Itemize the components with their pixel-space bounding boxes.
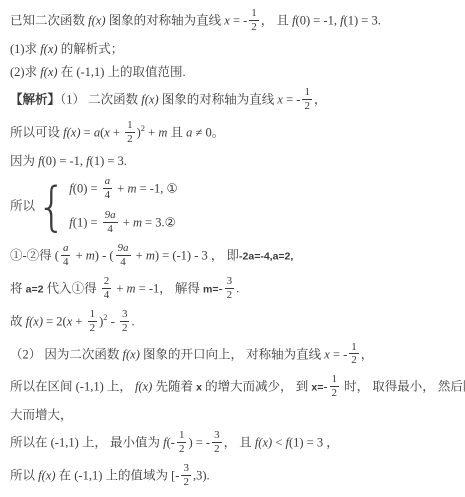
text-run: ) - ( bbox=[95, 248, 114, 262]
text-run: f(x) bbox=[40, 65, 57, 79]
solution-line-14: 所以 f(x) 在 (-1,1) 上的值域为 [-32,3). bbox=[10, 463, 459, 490]
fraction-denominator: 4 bbox=[61, 256, 71, 269]
fraction-denominator: 4 bbox=[102, 289, 112, 302]
text-run: f(x) bbox=[141, 92, 158, 106]
text-run: (1) = bbox=[73, 215, 101, 229]
text-run: （1） 二次函数 bbox=[60, 92, 141, 106]
text-run: f(x) bbox=[255, 436, 272, 450]
text-run: = - bbox=[283, 92, 300, 106]
fraction: 12 bbox=[349, 341, 359, 368]
text-run: 图象的开口向上， 对称轴为直线 bbox=[140, 347, 324, 361]
text-run: 已知二次函数 bbox=[10, 13, 88, 27]
fraction-numerator: 9a bbox=[116, 242, 131, 256]
fraction-numerator: 3 bbox=[225, 275, 235, 289]
text-run: = 2( bbox=[43, 314, 67, 328]
solution-line-10: （2） 因为二次函数 f(x) 图象的开口向上， 对称轴为直线 x = -12， bbox=[10, 342, 459, 369]
text-run: a=2 bbox=[26, 283, 44, 295]
fraction: a4 bbox=[103, 175, 113, 202]
fraction-numerator: 1 bbox=[249, 7, 259, 21]
text-run: 所以在 (-1,1) 上， 最小值为 bbox=[10, 436, 163, 450]
fraction-numerator: 3 bbox=[120, 308, 130, 322]
text-run: (1) = 3. bbox=[344, 13, 381, 27]
text-run: x= bbox=[311, 382, 323, 394]
solution-line-3: 【解析】（1） 二次函数 f(x) 图象的对称轴为直线 x = -12， bbox=[10, 87, 459, 114]
text-run: ， 且 bbox=[261, 13, 292, 27]
text-run: + bbox=[114, 181, 127, 195]
text-run: + bbox=[72, 248, 85, 262]
fraction-numerator: 9a bbox=[103, 209, 118, 223]
text-run: 图象的对称轴为直线 bbox=[159, 92, 278, 106]
fraction-numerator: 1 bbox=[349, 341, 359, 355]
text-run: + bbox=[133, 248, 146, 262]
left-brace: { bbox=[37, 182, 66, 230]
fraction: 12 bbox=[125, 119, 135, 146]
fraction-denominator: 2 bbox=[330, 387, 340, 400]
text-run: ， bbox=[361, 347, 374, 361]
text-run: (2)求 bbox=[10, 65, 40, 79]
text-run: 的解析式； bbox=[58, 42, 124, 56]
text-run: ， bbox=[314, 92, 327, 106]
text-run: + bbox=[145, 125, 158, 139]
fraction: 12 bbox=[88, 308, 98, 335]
text-run: （2） 因为二次函数 bbox=[10, 347, 123, 361]
text-run: m= bbox=[203, 283, 218, 295]
text-run: (1) = 3. bbox=[90, 154, 127, 168]
fraction-numerator: 1 bbox=[177, 429, 187, 443]
text-run: 因为 bbox=[10, 154, 38, 168]
fraction-numerator: 2 bbox=[102, 275, 112, 289]
text-run: 所以可设 bbox=[10, 125, 63, 139]
text-run: 先随着 bbox=[152, 380, 196, 394]
fraction-denominator: 2 bbox=[249, 21, 259, 34]
fraction: 32 bbox=[181, 462, 191, 489]
text-run: 将 bbox=[10, 281, 26, 295]
fraction-numerator: 1 bbox=[330, 373, 340, 387]
solution-line-7: ①-②得 (a4 + m) - (9a4 + m) = (-1) - 3 ， 即… bbox=[10, 243, 459, 270]
math-solution-document: 已知二次函数 f(x) 图象的对称轴为直线 x = -12， 且 f(0) = … bbox=[0, 0, 465, 490]
text-run: 且 bbox=[167, 125, 186, 139]
text-run: (1)求 bbox=[10, 42, 40, 56]
fraction-denominator: 4 bbox=[116, 256, 131, 269]
fraction-numerator: 1 bbox=[88, 308, 98, 322]
fraction: 32 bbox=[212, 429, 222, 456]
text-run: f(x) bbox=[38, 469, 55, 483]
equation-row-1: f(1) = 9a4 + m = 3.② bbox=[69, 210, 177, 237]
text-run: ， 且 bbox=[224, 436, 255, 450]
text-run: (0) = bbox=[73, 181, 101, 195]
text-run: f(x) bbox=[123, 347, 140, 361]
fraction-denominator: 2 bbox=[181, 476, 191, 489]
fraction-numerator: 1 bbox=[302, 86, 312, 100]
fraction: 9a4 bbox=[116, 242, 131, 269]
equation-system: f(0) = a4 + m = -1, ①f(1) = 9a4 + m = 3.… bbox=[69, 176, 177, 237]
text-run: ①-②得 ( bbox=[10, 248, 59, 262]
text-run: = -1, ① bbox=[137, 181, 178, 195]
text-run: (- bbox=[167, 436, 175, 450]
solution-line-13: 所以在 (-1,1) 上， 最小值为 f(-12) = -32， 且 f(x) … bbox=[10, 430, 459, 457]
solution-line-9: 故 f(x) = 2(x + 12)2 - 32. bbox=[10, 309, 459, 336]
text-run: m bbox=[133, 215, 142, 229]
fraction: 24 bbox=[102, 275, 112, 302]
text-run: 在 (-1,1) 上的取值范围. bbox=[58, 65, 186, 79]
text-run: 时， 取得最小， 然后随 bbox=[341, 380, 465, 394]
fraction-denominator: 2 bbox=[177, 443, 187, 456]
solution-line-2: (2)求 f(x) 在 (-1,1) 上的取值范围. bbox=[10, 64, 459, 81]
text-run: ,3). bbox=[193, 469, 210, 483]
text-run: - bbox=[323, 380, 327, 394]
text-run: 大而增大， bbox=[10, 408, 73, 422]
fraction-numerator: 1 bbox=[125, 119, 135, 133]
text-run: (0) = -1, bbox=[296, 13, 341, 27]
text-run: ) = - bbox=[188, 436, 210, 450]
text-run: + bbox=[110, 125, 123, 139]
fraction-denominator: 2 bbox=[125, 133, 135, 146]
text-run: 的增大而减少， 到 bbox=[202, 380, 311, 394]
text-run: 所以在区间 (-1,1) 上， bbox=[10, 380, 135, 394]
solution-line-5: 因为 f(0) = -1, f(1) = 3. bbox=[10, 153, 459, 170]
text-run: 故 bbox=[10, 314, 26, 328]
text-run: < bbox=[272, 436, 285, 450]
text-run: = 3.② bbox=[142, 215, 176, 229]
fraction: a4 bbox=[61, 242, 71, 269]
text-run: m bbox=[127, 181, 136, 195]
text-run: f(x) bbox=[88, 13, 105, 27]
fraction-numerator: a bbox=[61, 242, 71, 256]
solution-line-1: (1)求 f(x) 的解析式； bbox=[10, 41, 459, 58]
text-run: - bbox=[108, 314, 118, 328]
solution-line-6: 所以{f(0) = a4 + m = -1, ①f(1) = 9a4 + m =… bbox=[10, 176, 459, 237]
fraction-numerator: a bbox=[103, 175, 113, 189]
text-run: 图象的对称轴为直线 bbox=[106, 13, 225, 27]
text-run: = - bbox=[330, 347, 347, 361]
text-run: + bbox=[113, 281, 126, 295]
fraction: 9a4 bbox=[103, 209, 118, 236]
text-run: 所以 bbox=[10, 198, 35, 215]
solution-line-0: 已知二次函数 f(x) 图象的对称轴为直线 x = -12， 且 f(0) = … bbox=[10, 8, 459, 35]
fraction-denominator: 2 bbox=[349, 354, 359, 367]
text-run: . bbox=[236, 281, 239, 295]
text-run: + bbox=[120, 215, 133, 229]
solution-line-8: 将 a=2 代入①得 24 + m = -1， 解得 m=-32. bbox=[10, 276, 459, 303]
text-run: = -1， 解得 bbox=[136, 281, 203, 295]
fraction: 12 bbox=[330, 373, 340, 400]
fraction-denominator: 4 bbox=[103, 223, 118, 236]
fraction-numerator: 3 bbox=[181, 462, 191, 476]
text-run: f(x) bbox=[40, 42, 57, 56]
text-run: 在 (-1,1) 上的值域为 [- bbox=[56, 469, 180, 483]
solution-line-11: 所以在区间 (-1,1) 上， f(x) 先随着 x 的增大而减少， 到 x=-… bbox=[10, 374, 459, 401]
text-run: - bbox=[219, 281, 223, 295]
fraction-denominator: 2 bbox=[88, 322, 98, 335]
text-run: + bbox=[72, 314, 85, 328]
fraction-denominator: 2 bbox=[302, 100, 312, 113]
fraction-numerator: 3 bbox=[212, 429, 222, 443]
text-run: 【解析】 bbox=[10, 92, 60, 106]
text-run: (0) = -1, bbox=[42, 154, 87, 168]
solution-line-12: 大而增大， bbox=[10, 407, 459, 424]
fraction-denominator: 2 bbox=[225, 289, 235, 302]
fraction-denominator: 2 bbox=[212, 443, 222, 456]
fraction: 32 bbox=[120, 308, 130, 335]
text-run: m bbox=[146, 248, 155, 262]
text-run: m bbox=[86, 248, 95, 262]
text-run: (1) = 3 ， bbox=[289, 436, 339, 450]
fraction: 12 bbox=[249, 7, 259, 34]
fraction: 12 bbox=[177, 429, 187, 456]
text-run: = bbox=[81, 125, 94, 139]
text-run: m bbox=[127, 281, 136, 295]
fraction-denominator: 4 bbox=[103, 189, 113, 202]
text-run: f(x) bbox=[63, 125, 80, 139]
text-run: -2a=-4,a=2, bbox=[239, 250, 293, 262]
fraction: 32 bbox=[225, 275, 235, 302]
text-run: f(x) bbox=[26, 314, 43, 328]
text-run: ≠ 0。 bbox=[192, 125, 224, 139]
text-run: 代入①得 bbox=[43, 281, 99, 295]
text-run: f(x) bbox=[135, 380, 152, 394]
fraction-denominator: 2 bbox=[120, 322, 130, 335]
fraction: 12 bbox=[302, 86, 312, 113]
text-run: ) = (-1) - 3 ， 即 bbox=[155, 248, 239, 262]
solution-line-4: 所以可设 f(x) = a(x + 12)2 + m 且 a ≠ 0。 bbox=[10, 120, 459, 147]
text-run: . bbox=[131, 314, 134, 328]
text-run: 所以 bbox=[10, 469, 38, 483]
equation-row-0: f(0) = a4 + m = -1, ① bbox=[69, 176, 177, 203]
text-run: = - bbox=[230, 13, 247, 27]
